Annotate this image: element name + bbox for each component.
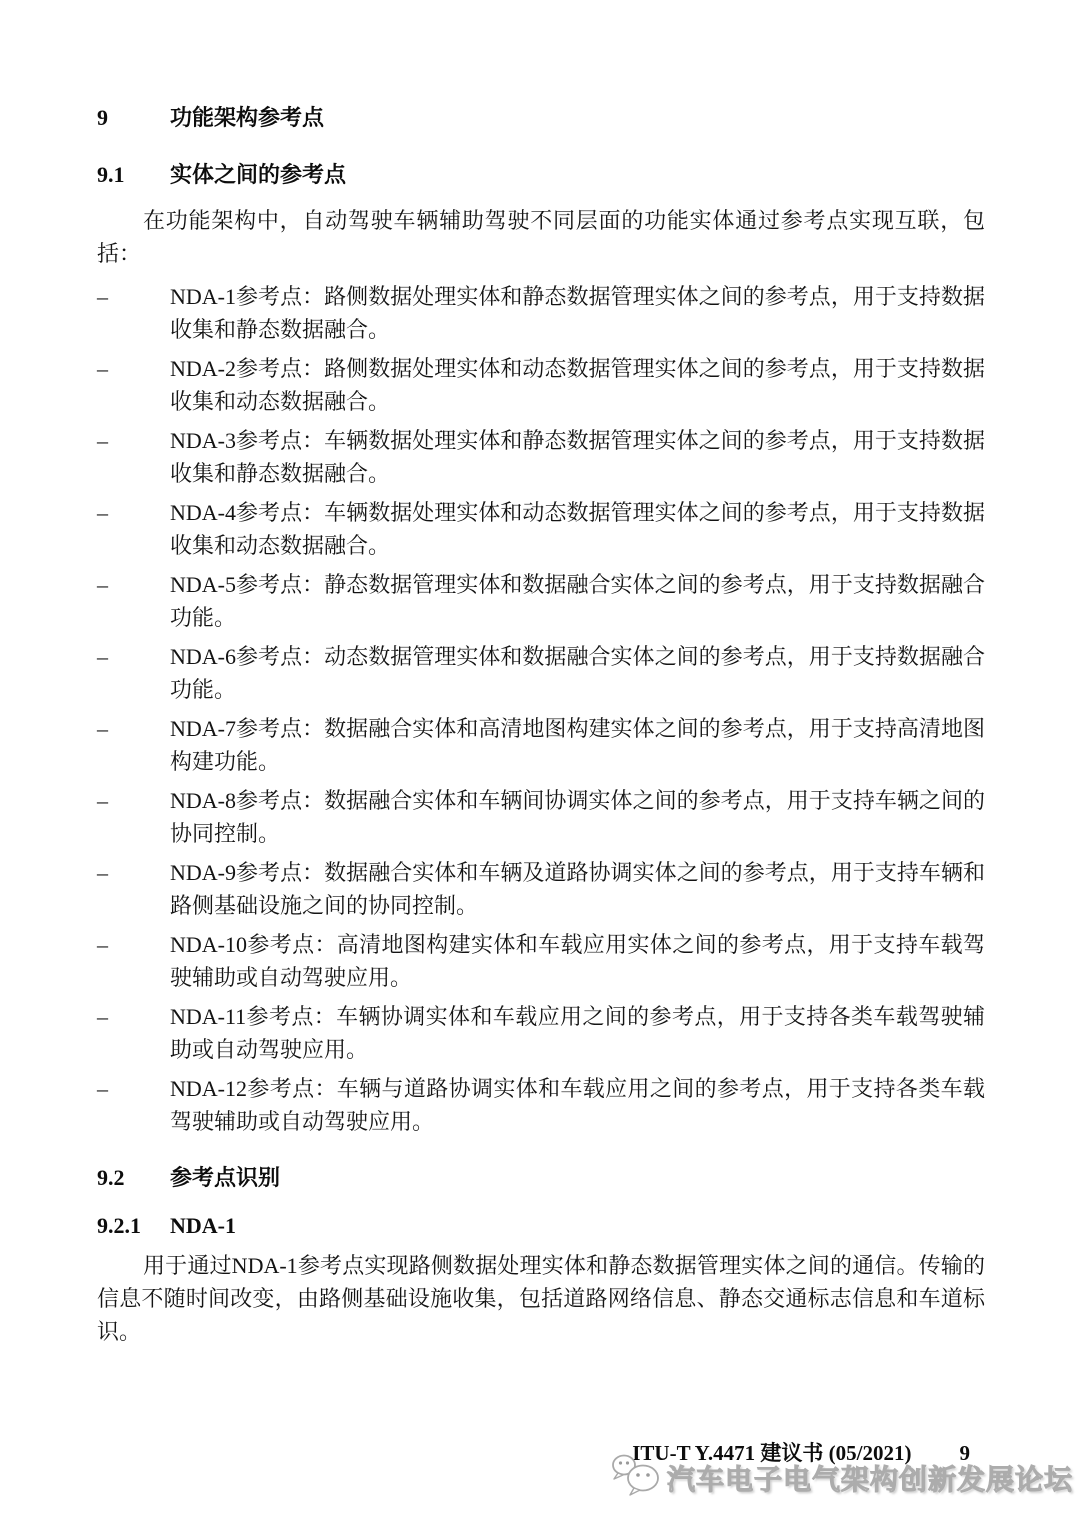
section-9-2-1-heading: 9.2.1NDA-1 xyxy=(97,1211,985,1241)
list-item: – NDA-2参考点：路侧数据处理实体和动态数据管理实体之间的参考点，用于支持数… xyxy=(97,352,985,418)
list-item-text: NDA-6参考点：动态数据管理实体和数据融合实体之间的参考点，用于支持数据融合功… xyxy=(170,640,985,706)
dash-bullet: – xyxy=(97,640,170,706)
list-item: – NDA-1参考点：路侧数据处理实体和静态数据管理实体之间的参考点，用于支持数… xyxy=(97,280,985,346)
list-item: – NDA-6参考点：动态数据管理实体和数据融合实体之间的参考点，用于支持数据融… xyxy=(97,640,985,706)
list-item-text: NDA-8参考点：数据融合实体和车辆间协调实体之间的参考点，用于支持车辆之间的协… xyxy=(170,784,985,850)
page-content: 9功能架构参考点 9.1实体之间的参考点 在功能架构中，自动驾驶车辆辅助驾驶不同… xyxy=(97,0,985,1348)
dash-bullet: – xyxy=(97,928,170,994)
dash-bullet: – xyxy=(97,568,170,634)
dash-bullet: – xyxy=(97,280,170,346)
section-number: 9 xyxy=(97,103,170,133)
list-item-text: NDA-7参考点：数据融合实体和高清地图构建实体之间的参考点，用于支持高清地图构… xyxy=(170,712,985,778)
list-item: – NDA-7参考点：数据融合实体和高清地图构建实体之间的参考点，用于支持高清地… xyxy=(97,712,985,778)
reference-point-list: – NDA-1参考点：路侧数据处理实体和静态数据管理实体之间的参考点，用于支持数… xyxy=(97,280,985,1138)
list-item: – NDA-12参考点：车辆与道路协调实体和车载应用之间的参考点，用于支持各类车… xyxy=(97,1072,985,1138)
dash-bullet: – xyxy=(97,784,170,850)
forum-watermark: 汽车电子电气架构创新发展论坛 xyxy=(610,1452,1073,1503)
section-9-2-heading: 9.2参考点识别 xyxy=(97,1163,985,1193)
dash-bullet: – xyxy=(97,424,170,490)
section-9-1-heading: 9.1实体之间的参考点 xyxy=(97,160,985,190)
list-item-text: NDA-9参考点：数据融合实体和车辆及道路协调实体之间的参考点，用于支持车辆和路… xyxy=(170,856,985,922)
section-title: 参考点识别 xyxy=(170,1165,280,1190)
list-item-text: NDA-4参考点：车辆数据处理实体和动态数据管理实体之间的参考点，用于支持数据收… xyxy=(170,496,985,562)
list-item: – NDA-3参考点：车辆数据处理实体和静态数据管理实体之间的参考点，用于支持数… xyxy=(97,424,985,490)
section-number: 9.1 xyxy=(97,160,170,190)
intro-paragraph: 在功能架构中，自动驾驶车辆辅助驾驶不同层面的功能实体通过参考点实现互联，包括： xyxy=(97,204,985,270)
dash-bullet: – xyxy=(97,856,170,922)
watermark-text: 汽车电子电气架构创新发展论坛 xyxy=(667,1458,1073,1498)
list-item-text: NDA-5参考点：静态数据管理实体和数据融合实体之间的参考点，用于支持数据融合功… xyxy=(170,568,985,634)
section-title: 实体之间的参考点 xyxy=(170,162,346,187)
section-title: NDA-1 xyxy=(170,1213,236,1238)
list-item-text: NDA-11参考点：车辆协调实体和车载应用之间的参考点，用于支持各类车载驾驶辅助… xyxy=(170,1000,985,1066)
dash-bullet: – xyxy=(97,352,170,418)
list-item: – NDA-5参考点：静态数据管理实体和数据融合实体之间的参考点，用于支持数据融… xyxy=(97,568,985,634)
dash-bullet: – xyxy=(97,712,170,778)
list-item-text: NDA-12参考点：车辆与道路协调实体和车载应用之间的参考点，用于支持各类车载驾… xyxy=(170,1072,985,1138)
nda1-paragraph: 用于通过NDA-1参考点实现路侧数据处理实体和静态数据管理实体之间的通信。传输的… xyxy=(97,1249,985,1348)
list-item: – NDA-10参考点：高清地图构建实体和车载应用实体之间的参考点，用于支持车载… xyxy=(97,928,985,994)
section-number: 9.2 xyxy=(97,1163,170,1193)
list-item-text: NDA-3参考点：车辆数据处理实体和静态数据管理实体之间的参考点，用于支持数据收… xyxy=(170,424,985,490)
section-title: 功能架构参考点 xyxy=(170,105,324,130)
dash-bullet: – xyxy=(97,1000,170,1066)
wechat-logo-icon xyxy=(610,1452,662,1503)
document-page: 9功能架构参考点 9.1实体之间的参考点 在功能架构中，自动驾驶车辆辅助驾驶不同… xyxy=(0,0,1080,1526)
list-item-text: NDA-1参考点：路侧数据处理实体和静态数据管理实体之间的参考点，用于支持数据收… xyxy=(170,280,985,346)
list-item: – NDA-8参考点：数据融合实体和车辆间协调实体之间的参考点，用于支持车辆之间… xyxy=(97,784,985,850)
list-item: – NDA-11参考点：车辆协调实体和车载应用之间的参考点，用于支持各类车载驾驶… xyxy=(97,1000,985,1066)
dash-bullet: – xyxy=(97,1072,170,1138)
dash-bullet: – xyxy=(97,496,170,562)
list-item-text: NDA-2参考点：路侧数据处理实体和动态数据管理实体之间的参考点，用于支持数据收… xyxy=(170,352,985,418)
section-number: 9.2.1 xyxy=(97,1211,170,1241)
list-item: – NDA-9参考点：数据融合实体和车辆及道路协调实体之间的参考点，用于支持车辆… xyxy=(97,856,985,922)
section-9-heading: 9功能架构参考点 xyxy=(97,103,985,133)
list-item-text: NDA-10参考点：高清地图构建实体和车载应用实体之间的参考点，用于支持车载驾驶… xyxy=(170,928,985,994)
list-item: – NDA-4参考点：车辆数据处理实体和动态数据管理实体之间的参考点，用于支持数… xyxy=(97,496,985,562)
